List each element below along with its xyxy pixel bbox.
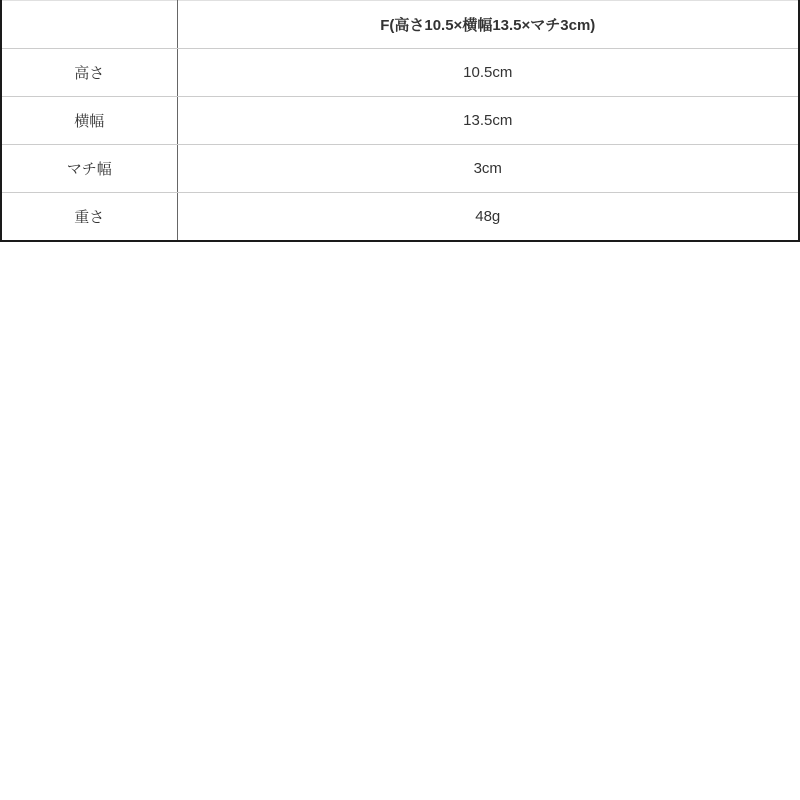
corner-cell: [1, 1, 177, 49]
row-label-gusset: マチ幅: [1, 145, 177, 193]
table-row: マチ幅 3cm: [1, 145, 799, 193]
row-value-gusset: 3cm: [177, 145, 799, 193]
table-row: 高さ 10.5cm: [1, 49, 799, 97]
row-label-weight: 重さ: [1, 193, 177, 241]
row-label-height: 高さ: [1, 49, 177, 97]
size-spec-table: F(高さ10.5×横幅13.5×マチ3cm) 高さ 10.5cm 横幅 13.5…: [0, 0, 800, 242]
empty-page-area: [0, 242, 800, 794]
row-value-width: 13.5cm: [177, 97, 799, 145]
row-value-weight: 48g: [177, 193, 799, 241]
spec-table-header-row: F(高さ10.5×横幅13.5×マチ3cm): [1, 1, 799, 49]
row-value-height: 10.5cm: [177, 49, 799, 97]
size-header-cell: F(高さ10.5×横幅13.5×マチ3cm): [177, 1, 799, 49]
row-label-width: 横幅: [1, 97, 177, 145]
table-row: 横幅 13.5cm: [1, 97, 799, 145]
table-row: 重さ 48g: [1, 193, 799, 241]
